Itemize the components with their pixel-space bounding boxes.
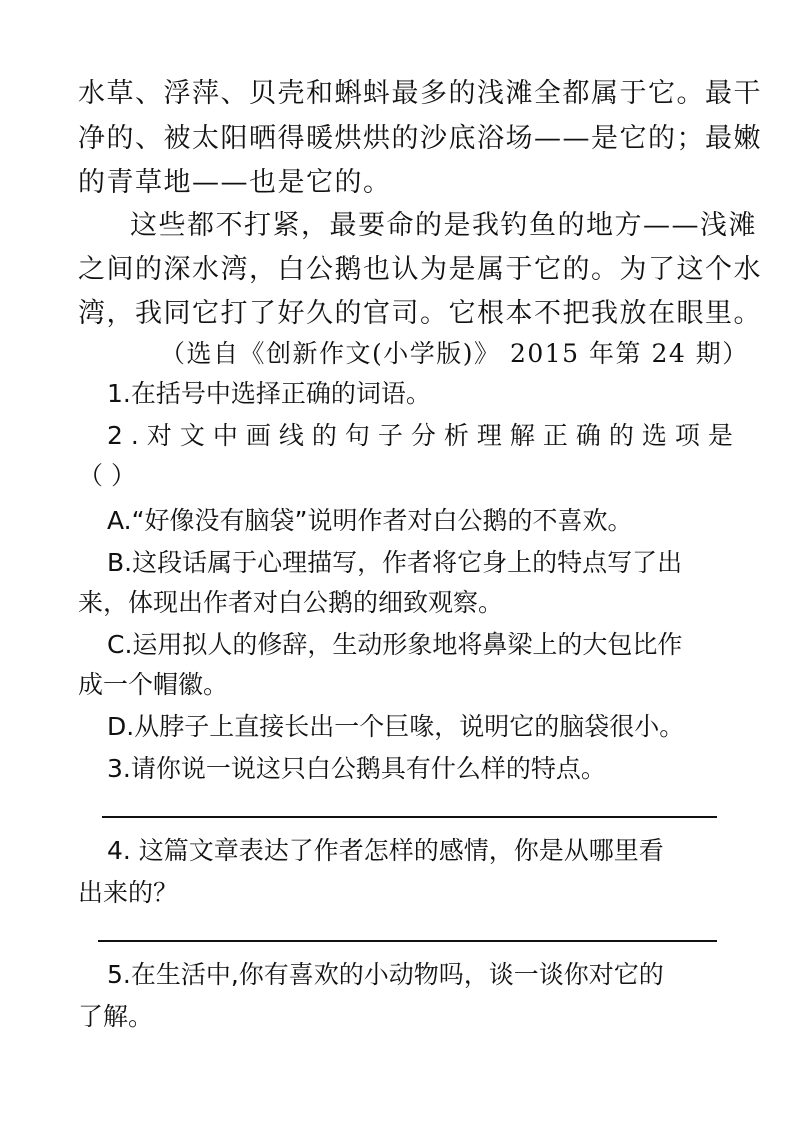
question-5-line1: 5.在生活中,你有喜欢的小动物吗，谈一谈你对它的 xyxy=(107,958,752,992)
passage-p2-line1: 这些都不打紧，最要命的是我钓鱼的地方——浅滩 xyxy=(130,209,775,243)
option-b-line1: B.这段话属于心理描写，作者将它身上的特点写了出 xyxy=(107,546,752,580)
option-d: D.从脖子上直接长出一个巨喙，说明它的脑袋很小。 xyxy=(107,710,752,744)
option-a: A.“好像没有脑袋”说明作者对白公鹅的不喜欢。 xyxy=(107,504,752,538)
passage-source: （选自《创新作文(小学版)》 2015 年第 24 期） xyxy=(160,337,793,371)
answer-line-q4[interactable] xyxy=(98,940,717,942)
option-c-line1: C.运用拟人的修辞，生动形象地将鼻梁上的大包比作 xyxy=(107,628,752,662)
question-2: 2.对文中画线的句子分析理解正确的选项是 xyxy=(107,419,752,453)
question-3: 3.请你说一说这只白公鹅具有什么样的特点。 xyxy=(107,752,752,786)
passage-p2-line3: 湾，我同它打了好久的官司。它根本不把我放在眼里。 xyxy=(78,297,723,331)
passage-p1-line1: 水草、浮萍、贝壳和蝌蚪最多的浅滩全都属于它。最干 xyxy=(78,77,723,111)
answer-line-q3[interactable] xyxy=(102,816,717,818)
passage-p2-line2: 之间的深水湾，白公鹅也认为是属于它的。为了这个水 xyxy=(78,253,723,287)
question-1: 1.在括号中选择正确的词语。 xyxy=(107,377,752,411)
question-2-answer-blank[interactable]: （ ） xyxy=(78,459,723,493)
question-5-line2: 了解。 xyxy=(78,1000,723,1034)
passage-p1-line2: 净的、被太阳晒得暖烘烘的沙底浴场——是它的；最嫩 xyxy=(78,122,723,156)
option-b-line2: 来，体现出作者对白公鹅的细致观察。 xyxy=(78,586,723,620)
question-4-line1: 4. 这篇文章表达了作者怎样的感情，你是从哪里看 xyxy=(107,834,752,868)
passage-p1-line3: 的青草地——也是它的。 xyxy=(78,166,723,200)
option-c-line2: 成一个帽徽。 xyxy=(78,668,723,702)
question-4-line2: 出来的？ xyxy=(78,876,723,910)
